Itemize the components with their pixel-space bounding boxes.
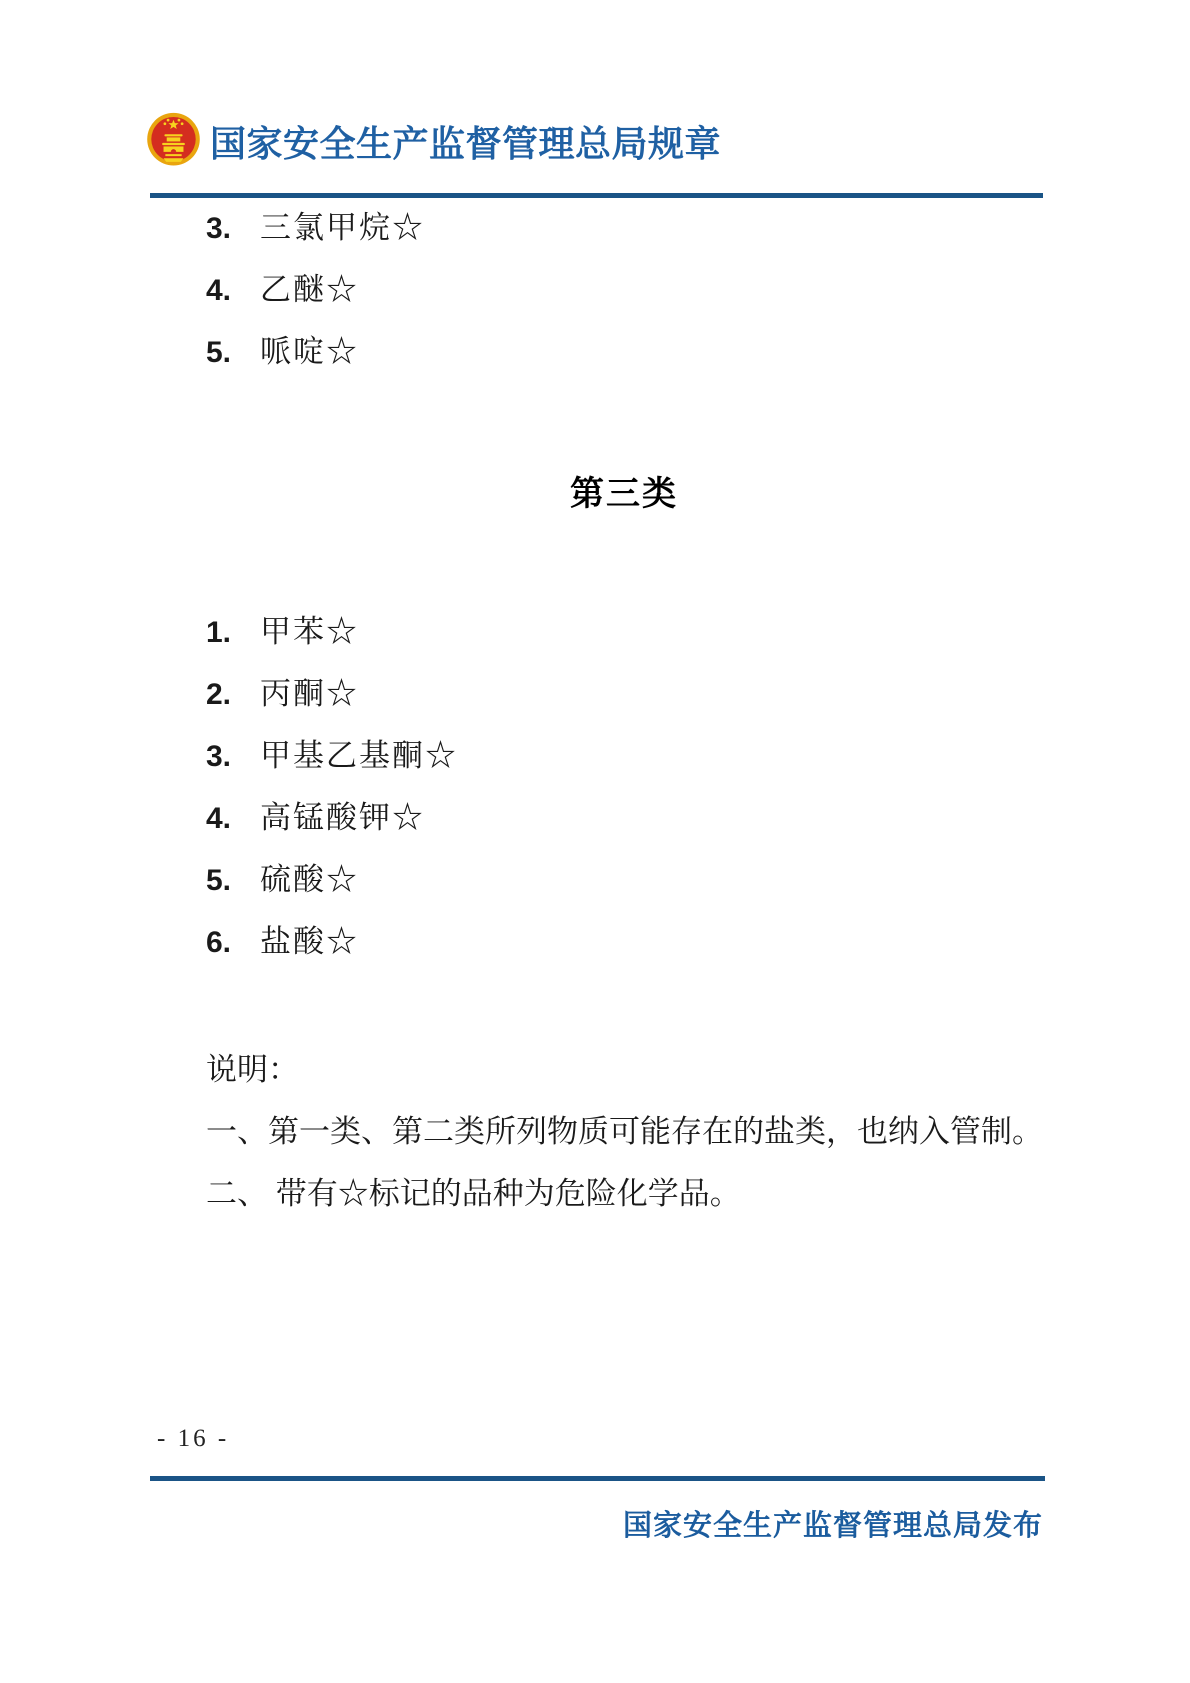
item-number: 4. xyxy=(206,788,260,850)
section-heading: 第三类 xyxy=(206,463,1042,525)
item-number: 1. xyxy=(206,602,260,664)
notes-label: 说明： xyxy=(206,1039,1046,1101)
item-number: 4. xyxy=(206,260,260,322)
item-number: 5. xyxy=(206,850,260,912)
list-item: 3.三氯甲烷☆ xyxy=(206,197,425,259)
item-name: 哌啶☆ xyxy=(260,334,359,369)
document-page: 国家安全生产监督管理总局规章 3.三氯甲烷☆ 4.乙醚☆ 5.哌啶☆ 第三类 1… xyxy=(0,0,1190,1683)
item-number: 5. xyxy=(206,322,260,384)
list-item: 1.甲苯☆ xyxy=(206,601,458,663)
item-name: 甲基乙基酮☆ xyxy=(260,738,458,773)
item-name: 高锰酸钾☆ xyxy=(260,800,425,835)
footer-publisher: 国家安全生产监督管理总局发布 xyxy=(623,1503,1043,1544)
chemical-list-continued: 3.三氯甲烷☆ 4.乙醚☆ 5.哌啶☆ xyxy=(206,197,425,383)
note-line: 一、第一类、第二类所列物质可能存在的盐类，也纳入管制。 xyxy=(206,1101,1046,1163)
item-name: 甲苯☆ xyxy=(260,614,359,649)
item-number: 3. xyxy=(206,726,260,788)
item-name: 丙酮☆ xyxy=(260,676,359,711)
footer-divider xyxy=(150,1476,1045,1481)
list-item: 4.高锰酸钾☆ xyxy=(206,787,458,849)
notes-section: 说明： 一、第一类、第二类所列物质可能存在的盐类，也纳入管制。 二、 带有☆标记… xyxy=(206,1039,1046,1225)
item-number: 3. xyxy=(206,198,260,260)
list-item: 5.哌啶☆ xyxy=(206,321,425,383)
header-title: 国家安全生产监督管理总局规章 xyxy=(210,116,721,167)
list-item: 3.甲基乙基酮☆ xyxy=(206,725,458,787)
chemical-list-category-three: 1.甲苯☆ 2.丙酮☆ 3.甲基乙基酮☆ 4.高锰酸钾☆ 5.硫酸☆ 6.盐酸☆ xyxy=(206,601,458,973)
item-name: 乙醚☆ xyxy=(260,272,359,307)
page-number: - 16 - xyxy=(157,1423,229,1455)
list-item: 6.盐酸☆ xyxy=(206,911,458,973)
item-name: 硫酸☆ xyxy=(260,862,359,897)
item-name: 盐酸☆ xyxy=(260,924,359,959)
page-header: 国家安全生产监督管理总局规章 xyxy=(146,112,721,170)
china-national-emblem-icon xyxy=(146,112,201,170)
list-item: 2.丙酮☆ xyxy=(206,663,458,725)
item-number: 2. xyxy=(206,664,260,726)
item-number: 6. xyxy=(206,912,260,974)
item-name: 三氯甲烷☆ xyxy=(260,210,425,245)
list-item: 5.硫酸☆ xyxy=(206,849,458,911)
list-item: 4.乙醚☆ xyxy=(206,259,425,321)
note-line: 二、 带有☆标记的品种为危险化学品。 xyxy=(206,1163,1046,1225)
